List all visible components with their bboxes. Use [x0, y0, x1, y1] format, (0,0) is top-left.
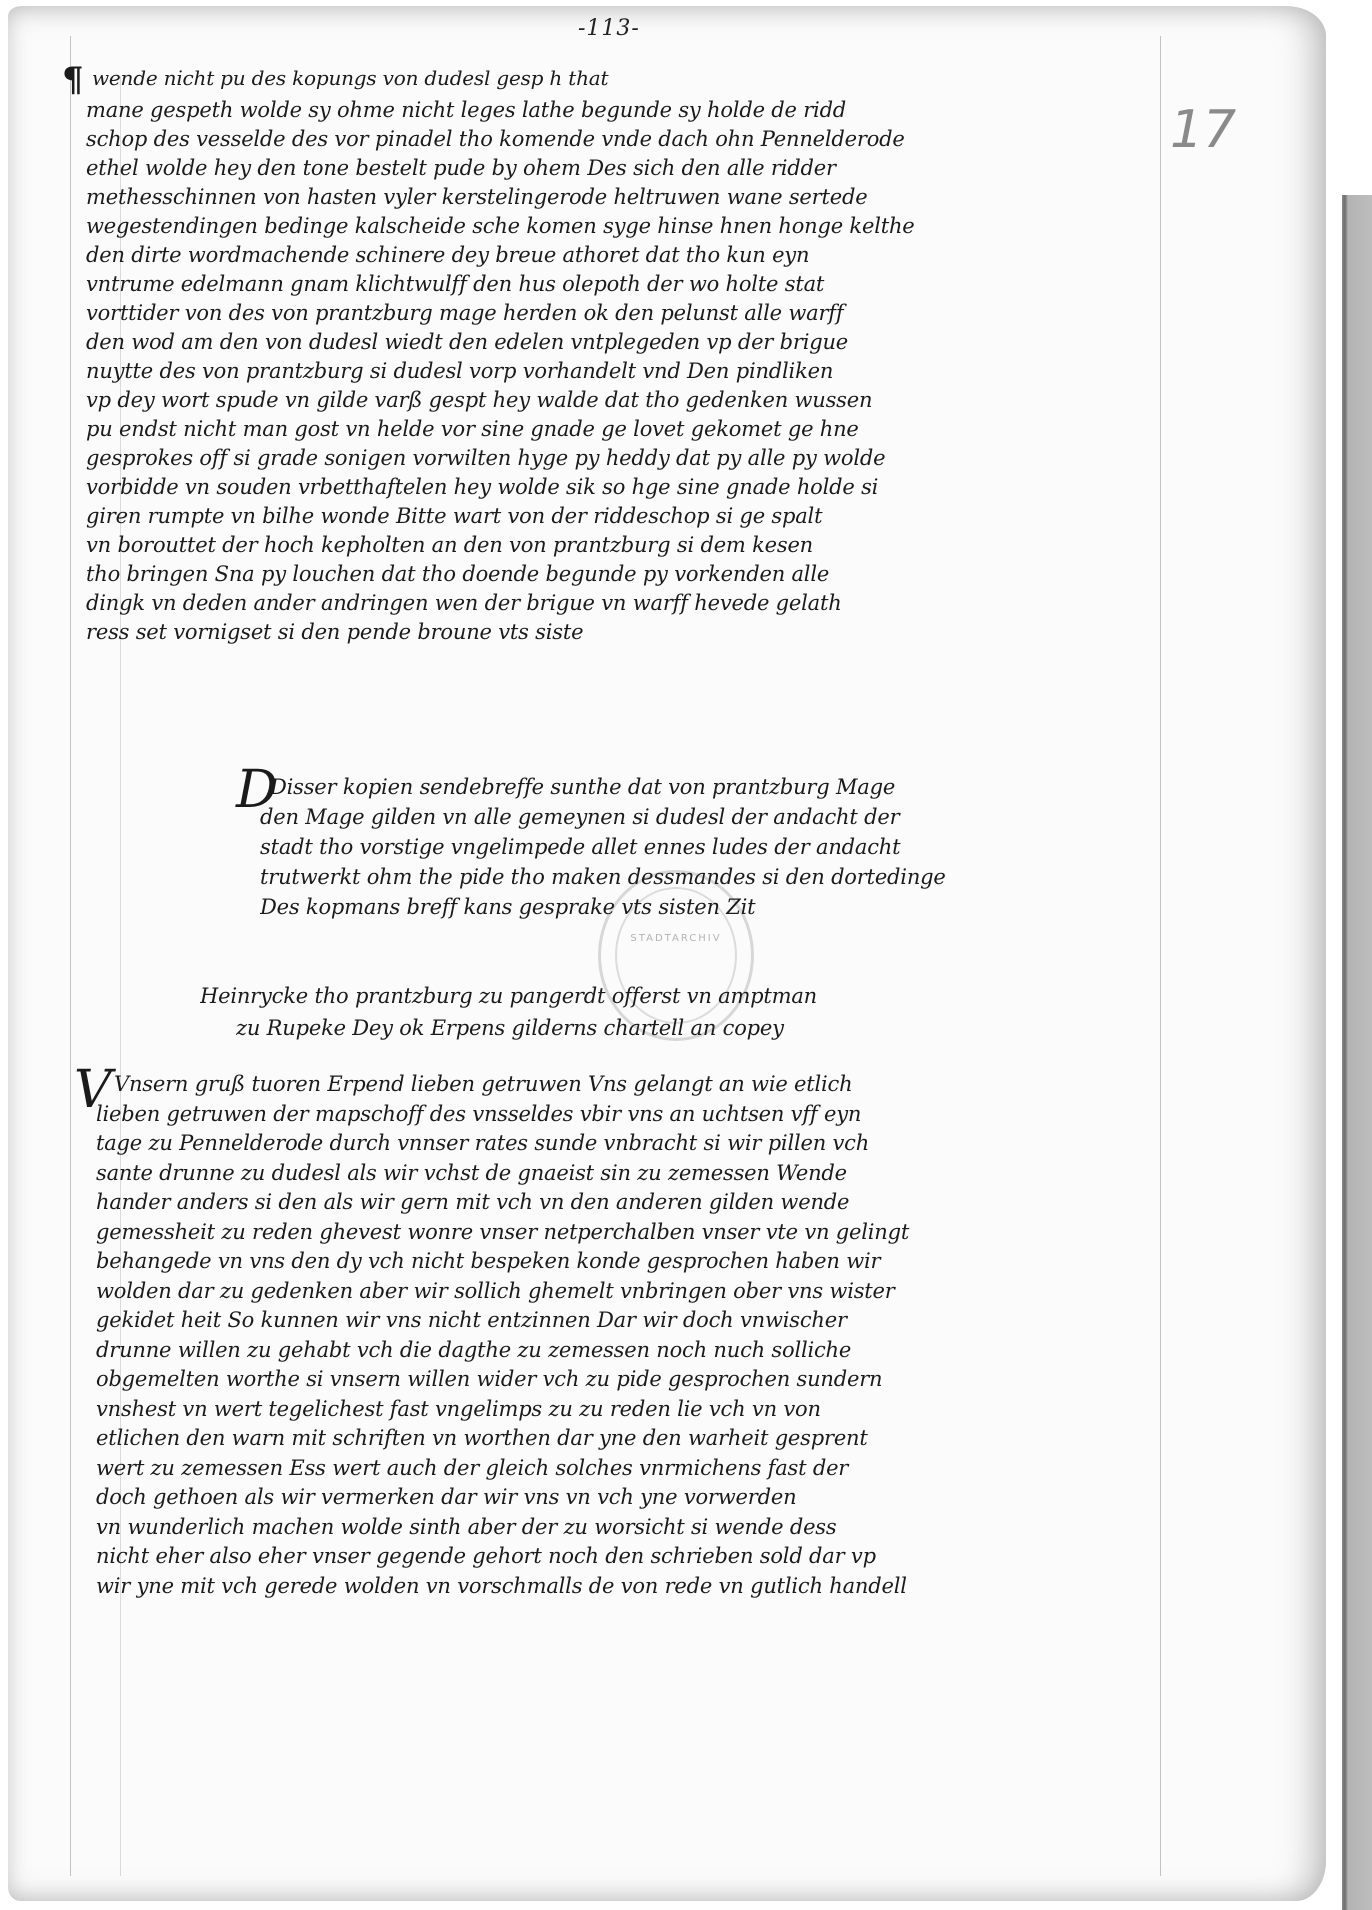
text-line: vp dey wort spude vn gilde varß gespt he…: [86, 386, 1166, 415]
pilcrow-mark-icon: ¶: [62, 60, 84, 100]
archive-stamp-label: STADTARCHIV: [601, 933, 751, 944]
text-line: wir yne mit vch gerede wolden vn vorschm…: [96, 1572, 1186, 1602]
text-line: vn wunderlich machen wolde sinth aber de…: [96, 1513, 1186, 1543]
text-line: wegestendingen bedinge kalscheide sche k…: [86, 212, 1166, 241]
text-line: gekidet heit So kunnen wir vns nicht ent…: [96, 1306, 1186, 1336]
text-line: obgemelten worthe si vnsern willen wider…: [96, 1365, 1186, 1395]
text-line: nicht eher also eher vnser gegende gehor…: [96, 1542, 1186, 1572]
text-line: vorttider von des von prantzburg mage he…: [86, 299, 1166, 328]
text-line: dingk vn deden ander andringen wen der b…: [86, 589, 1166, 618]
text-line: doch gethoen als wir vermerken dar wir v…: [96, 1483, 1186, 1513]
text-line: mane gespeth wolde sy ohme nicht leges l…: [86, 96, 1166, 125]
text-line: gesprokes off si grade sonigen vorwilten…: [86, 444, 1166, 473]
text-line: schop des vesselde des vor pinadel tho k…: [86, 125, 1166, 154]
text-line: vntrume edelmann gnam klichtwulff den hu…: [86, 270, 1166, 299]
paragraph-3: Heinrycke tho prantzburg zu pangerdt off…: [200, 980, 1150, 1044]
text-line: vn borouttet der hoch kepholten an den v…: [86, 531, 1166, 560]
text-line: Vnsern gruß tuoren Erpend lieben getruwe…: [114, 1070, 1186, 1100]
text-line: gemessheit zu reden ghevest wonre vnser …: [96, 1218, 1186, 1248]
foliation-number: 17: [1170, 100, 1236, 160]
text-line: den dirte wordmachende schinere dey breu…: [86, 241, 1166, 270]
text-line: den wod am den von dudesl wiedt den edel…: [86, 328, 1166, 357]
text-line: pu endst nicht man gost vn helde vor sin…: [86, 415, 1166, 444]
text-line: Heinrycke tho prantzburg zu pangerdt off…: [200, 980, 1150, 1012]
text-line: ress set vornigset si den pende broune v…: [86, 618, 646, 647]
paragraph-1: mane gespeth wolde sy ohme nicht leges l…: [86, 96, 1166, 647]
text-line: tho bringen Sna py louchen dat tho doend…: [86, 560, 1166, 589]
text-line: giren rumpte vn bilhe wonde Bitte wart v…: [86, 502, 1166, 531]
text-line: zu Rupeke Dey ok Erpens gilderns chartel…: [236, 1012, 1150, 1044]
text-line: wende nicht pu des kopungs von dudesl ge…: [92, 66, 832, 90]
text-line: lieben getruwen der mapschoff des vnssel…: [96, 1100, 1186, 1130]
heading-line: wende nicht pu des kopungs von dudesl ge…: [92, 66, 832, 90]
paragraph-4: Vnsern gruß tuoren Erpend lieben getruwe…: [96, 1070, 1186, 1601]
text-line: methesschinnen von hasten vyler kersteli…: [86, 183, 1166, 212]
text-line: vorbidde vn souden vrbetthaftelen hey wo…: [86, 473, 1166, 502]
adjacent-page-edge: [1342, 195, 1372, 1910]
text-line: Des kopmans breff kans gesprake vts sist…: [260, 892, 880, 922]
text-line: vnshest vn wert tegelichest fast vngelim…: [96, 1395, 1186, 1425]
text-line: tage zu Pennelderode durch vnnser rates …: [96, 1129, 1186, 1159]
text-line: wolden dar zu gedenken aber wir sollich …: [96, 1277, 1186, 1307]
text-line: etlichen den warn mit schriften vn worth…: [96, 1424, 1186, 1454]
text-line: den Mage gilden vn alle gemeynen si dude…: [260, 802, 1170, 832]
text-line: drunne willen zu gehabt vch die dagthe z…: [96, 1336, 1186, 1366]
text-line: Disser kopien sendebreffe sunthe dat von…: [270, 772, 1170, 802]
text-line: sante drunne zu dudesl als wir vchst de …: [96, 1159, 1186, 1189]
text-line: trutwerkt ohm the pide tho maken dessman…: [260, 862, 1170, 892]
left-margin-ruling: [70, 36, 71, 1876]
text-line: behangede vn vns den dy vch nicht bespek…: [96, 1247, 1186, 1277]
paragraph-2: Disser kopien sendebreffe sunthe dat von…: [270, 772, 1170, 922]
text-line: nuytte des von prantzburg si dudesl vorp…: [86, 357, 1166, 386]
text-line: hander anders si den als wir gern mit vc…: [96, 1188, 1186, 1218]
text-line: wert zu zemessen Ess wert auch der gleic…: [96, 1454, 1186, 1484]
page-number: -113-: [578, 16, 640, 41]
text-line: ethel wolde hey den tone bestelt pude by…: [86, 154, 1166, 183]
text-line: stadt tho vorstige vngelimpede allet enn…: [260, 832, 1170, 862]
